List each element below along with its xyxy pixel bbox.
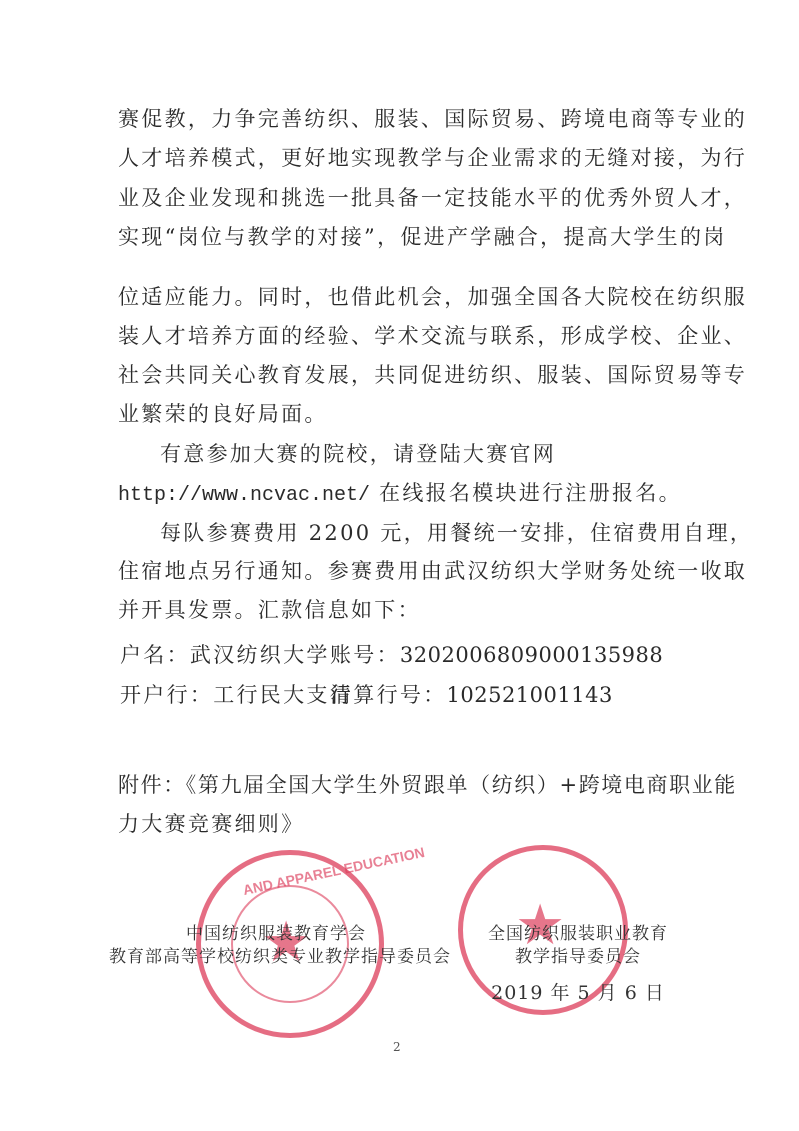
body-text-line: 业繁荣的良好局面。: [118, 400, 328, 428]
fee-text-line: 每队参赛费用 2200 元，用餐统一安排，住宿费用自理，: [160, 519, 753, 547]
page-number: 2: [393, 1040, 401, 1054]
registration-text: 有意参加大赛的院校，请登陆大赛官网: [160, 440, 556, 468]
bank-name-label: 开户行：: [120, 683, 213, 707]
attachment-line: 力大赛竞赛细则》: [118, 810, 304, 838]
clearing-no-row: 清算行号：102521001143: [330, 681, 613, 709]
body-text-line: 装人才培养方面的经验、学术交流与联系，形成学校、企业、: [118, 322, 747, 350]
signature-right-line1: 全国纺织服装职业教育: [478, 919, 678, 944]
registration-url-line: http://www.ncvac.net/ 在线报名模块进行注册报名。: [118, 479, 682, 510]
signature-left-line2: 教育部高等学校纺织类专业教学指导委员会: [100, 942, 460, 967]
account-no-row: 账号：3202006809000135988: [330, 641, 663, 669]
body-text-line: 社会共同关心教育发展，共同促进纺织、服装、国际贸易等专: [118, 361, 747, 389]
registration-url-suffix: 在线报名模块进行注册报名。: [370, 481, 682, 505]
clearing-no-value: 102521001143: [447, 683, 613, 707]
fee-text-line: 并开具发票。汇款信息如下：: [118, 596, 421, 624]
account-no-label: 账号：: [330, 643, 400, 667]
document-date: 2019 年 5 月 6 日: [470, 978, 686, 1005]
body-text-line: 实现“岗位与教学的对接”，促进产学融合，提高大学生的岗: [118, 223, 727, 251]
body-text-line: 人才培养模式，更好地实现教学与企业需求的无缝对接，为行: [118, 144, 747, 172]
account-name-value: 武汉纺织大学: [190, 643, 330, 667]
signature-right-line2: 教学指导委员会: [478, 942, 678, 967]
body-text-line: 位适应能力。同时，也借此机会，加强全国各大院校在纺织服: [118, 283, 747, 311]
clearing-no-label: 清算行号：: [330, 683, 447, 707]
bank-account-row: 户名：武汉纺织大学: [120, 641, 330, 669]
attachment-line: 附件：《第九届全国大学生外贸跟单（纺织）+跨境电商职业能: [118, 771, 737, 799]
seal-text: AND APPAREL EDUCATION: [241, 844, 426, 898]
fee-text-line: 住宿地点另行通知。参赛费用由武汉纺织大学财务处统一收取: [118, 557, 747, 585]
account-name-label: 户名：: [120, 643, 190, 667]
bank-name-row: 开户行：工行民大支行: [120, 681, 353, 709]
body-text-line: 业及企业发现和挑选一批具备一定技能水平的优秀外贸人才，: [118, 184, 747, 212]
body-text-line: 赛促教，力争完善纺织、服装、国际贸易、跨境电商等专业的: [118, 105, 747, 133]
account-no-value: 3202006809000135988: [400, 643, 663, 667]
registration-url-link[interactable]: http://www.ncvac.net/: [118, 484, 370, 507]
signature-left-line1: 中国纺织服装教育学会: [186, 919, 366, 944]
